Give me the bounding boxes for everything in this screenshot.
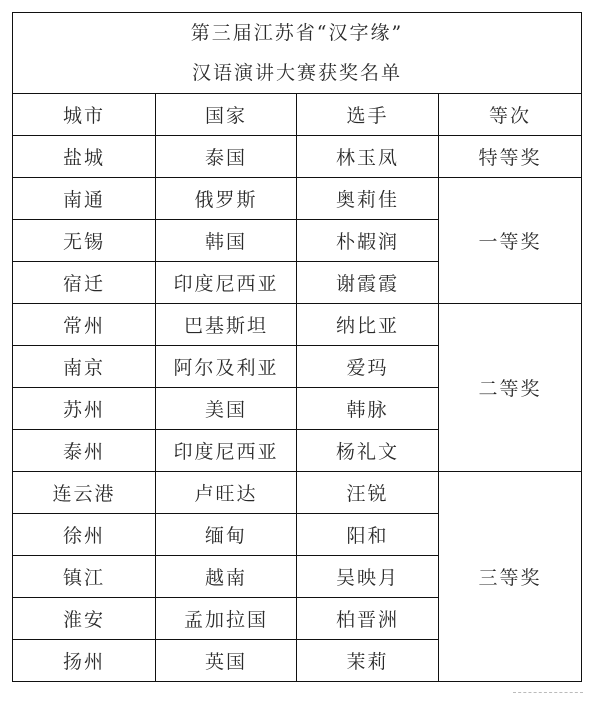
- country-cell: 美国: [156, 388, 297, 430]
- city-cell: 宿迁: [13, 262, 156, 304]
- table-row: 南通 俄罗斯 奥莉佳 一等奖: [13, 178, 582, 220]
- table-row: 常州 巴基斯坦 纳比亚 二等奖: [13, 304, 582, 346]
- country-cell: 越南: [156, 556, 297, 598]
- player-cell: 纳比亚: [297, 304, 439, 346]
- awards-table: 第三届江苏省“汉字缘” 汉语演讲大赛获奖名单 城市 国家 选手 等次 盐城 泰国…: [12, 12, 582, 682]
- city-cell: 盐城: [13, 136, 156, 178]
- player-cell: 韩脉: [297, 388, 439, 430]
- country-cell: 印度尼西亚: [156, 262, 297, 304]
- player-cell: 阳和: [297, 514, 439, 556]
- header-country: 国家: [156, 94, 297, 136]
- player-cell: 茉莉: [297, 640, 439, 682]
- table-row: 连云港 卢旺达 汪锐 三等奖: [13, 472, 582, 514]
- rank-cell-special: 特等奖: [439, 136, 582, 178]
- rank-cell-third: 三等奖: [439, 472, 582, 682]
- city-cell: 南京: [13, 346, 156, 388]
- title-line-1: 第三届江苏省“汉字缘”: [13, 13, 581, 53]
- country-cell: 缅甸: [156, 514, 297, 556]
- country-cell: 俄罗斯: [156, 178, 297, 220]
- country-cell: 卢旺达: [156, 472, 297, 514]
- country-cell: 印度尼西亚: [156, 430, 297, 472]
- player-cell: 谢霞霞: [297, 262, 439, 304]
- player-cell: 林玉凤: [297, 136, 439, 178]
- player-cell: 奥莉佳: [297, 178, 439, 220]
- city-cell: 镇江: [13, 556, 156, 598]
- country-cell: 泰国: [156, 136, 297, 178]
- title-line-2: 汉语演讲大赛获奖名单: [13, 53, 581, 93]
- table-title: 第三届江苏省“汉字缘” 汉语演讲大赛获奖名单: [13, 13, 582, 94]
- header-player: 选手: [297, 94, 439, 136]
- country-cell: 英国: [156, 640, 297, 682]
- city-cell: 淮安: [13, 598, 156, 640]
- title-row: 第三届江苏省“汉字缘” 汉语演讲大赛获奖名单: [13, 13, 582, 94]
- rank-cell-second: 二等奖: [439, 304, 582, 472]
- country-cell: 韩国: [156, 220, 297, 262]
- country-cell: 巴基斯坦: [156, 304, 297, 346]
- city-cell: 南通: [13, 178, 156, 220]
- city-cell: 徐州: [13, 514, 156, 556]
- country-cell: 阿尔及利亚: [156, 346, 297, 388]
- header-city: 城市: [13, 94, 156, 136]
- city-cell: 扬州: [13, 640, 156, 682]
- table-row: 盐城 泰国 林玉凤 特等奖: [13, 136, 582, 178]
- country-cell: 孟加拉国: [156, 598, 297, 640]
- city-cell: 苏州: [13, 388, 156, 430]
- player-cell: 吴映月: [297, 556, 439, 598]
- player-cell: 杨礼文: [297, 430, 439, 472]
- player-cell: 爱玛: [297, 346, 439, 388]
- player-cell: 朴嘏润: [297, 220, 439, 262]
- rank-cell-first: 一等奖: [439, 178, 582, 304]
- city-cell: 泰州: [13, 430, 156, 472]
- player-cell: 汪锐: [297, 472, 439, 514]
- header-rank: 等次: [439, 94, 582, 136]
- watermark-dashes: [513, 692, 583, 697]
- city-cell: 连云港: [13, 472, 156, 514]
- city-cell: 常州: [13, 304, 156, 346]
- city-cell: 无锡: [13, 220, 156, 262]
- player-cell: 柏晋洲: [297, 598, 439, 640]
- header-row: 城市 国家 选手 等次: [13, 94, 582, 136]
